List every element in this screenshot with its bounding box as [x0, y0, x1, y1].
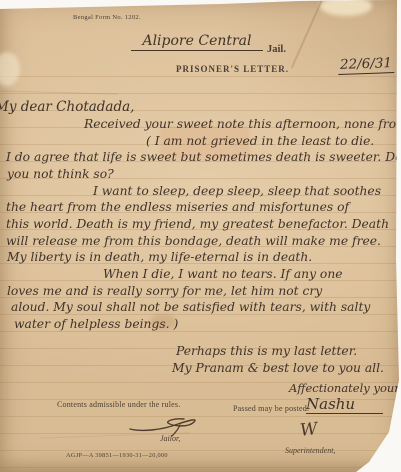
- jail-label: Jail.: [267, 44, 286, 55]
- date: 22/6/31: [338, 55, 395, 75]
- body-line: ( I am not grieved in the least to die.: [146, 134, 374, 149]
- letter-scan: { "letter": { "form_no": "Bengal Form No…: [0, 0, 401, 472]
- letter-paper: Bengal Form No. 1202. Alipore Central Ja…: [0, 0, 401, 472]
- body-line: My liberty is in death, my life-eternal …: [7, 250, 312, 265]
- superintendent-initial: W: [299, 419, 318, 441]
- closing-line: Perhaps this is my last letter.: [176, 344, 357, 359]
- body-line: aloud. My soul shall not be satisfied wi…: [11, 300, 370, 315]
- closing-line: My Pranam & best love to you all.: [172, 361, 384, 376]
- signature-text: Nashu: [306, 395, 383, 414]
- jail-name-line: Alipore Central: [131, 32, 263, 51]
- crease-line: [291, 0, 323, 68]
- superintendent-label: Superintendent,: [285, 446, 335, 455]
- body-line: you not think so?: [7, 167, 114, 182]
- body-line: When I die, I want no tears. If any one: [103, 267, 343, 282]
- salutation: My dear Chotadada,: [0, 99, 134, 115]
- body-line: I do agree that life is sweet but someti…: [6, 150, 401, 165]
- paper-stain: [0, 52, 20, 86]
- valediction: Affectionately yours: [289, 381, 401, 395]
- document-title: PRISONER'S LETTER.: [176, 64, 289, 74]
- torn-patch: [320, 0, 372, 16]
- jail-name-handwritten: Alipore Central: [142, 33, 251, 49]
- signature-nashu: Nashu: [306, 395, 383, 414]
- body-line: will release me from this bondage, death…: [6, 234, 381, 249]
- body-line: water of helpless beings. ): [14, 317, 178, 332]
- crease-line: [0, 90, 118, 94]
- print-code: AGJP—A 39851—1930-31—20,000: [66, 452, 168, 459]
- form-number: Bengal Form No. 1202.: [73, 14, 141, 21]
- jailor-label: Jailor,: [160, 434, 180, 443]
- body-line: loves me and is really sorry for me, let…: [7, 284, 322, 299]
- passed-posted-label: Passed may be posted.: [233, 404, 309, 413]
- body-line: Received your sweet note this afternoon,…: [84, 117, 401, 132]
- body-line: the heart from the endless miseries and …: [6, 200, 349, 215]
- contents-admissible-label: Contents admissible under the rules.: [57, 400, 180, 409]
- body-line: this world. Death is my friend, my great…: [6, 217, 389, 232]
- body-line: I want to sleep, deep sleep, sleep that …: [93, 184, 381, 199]
